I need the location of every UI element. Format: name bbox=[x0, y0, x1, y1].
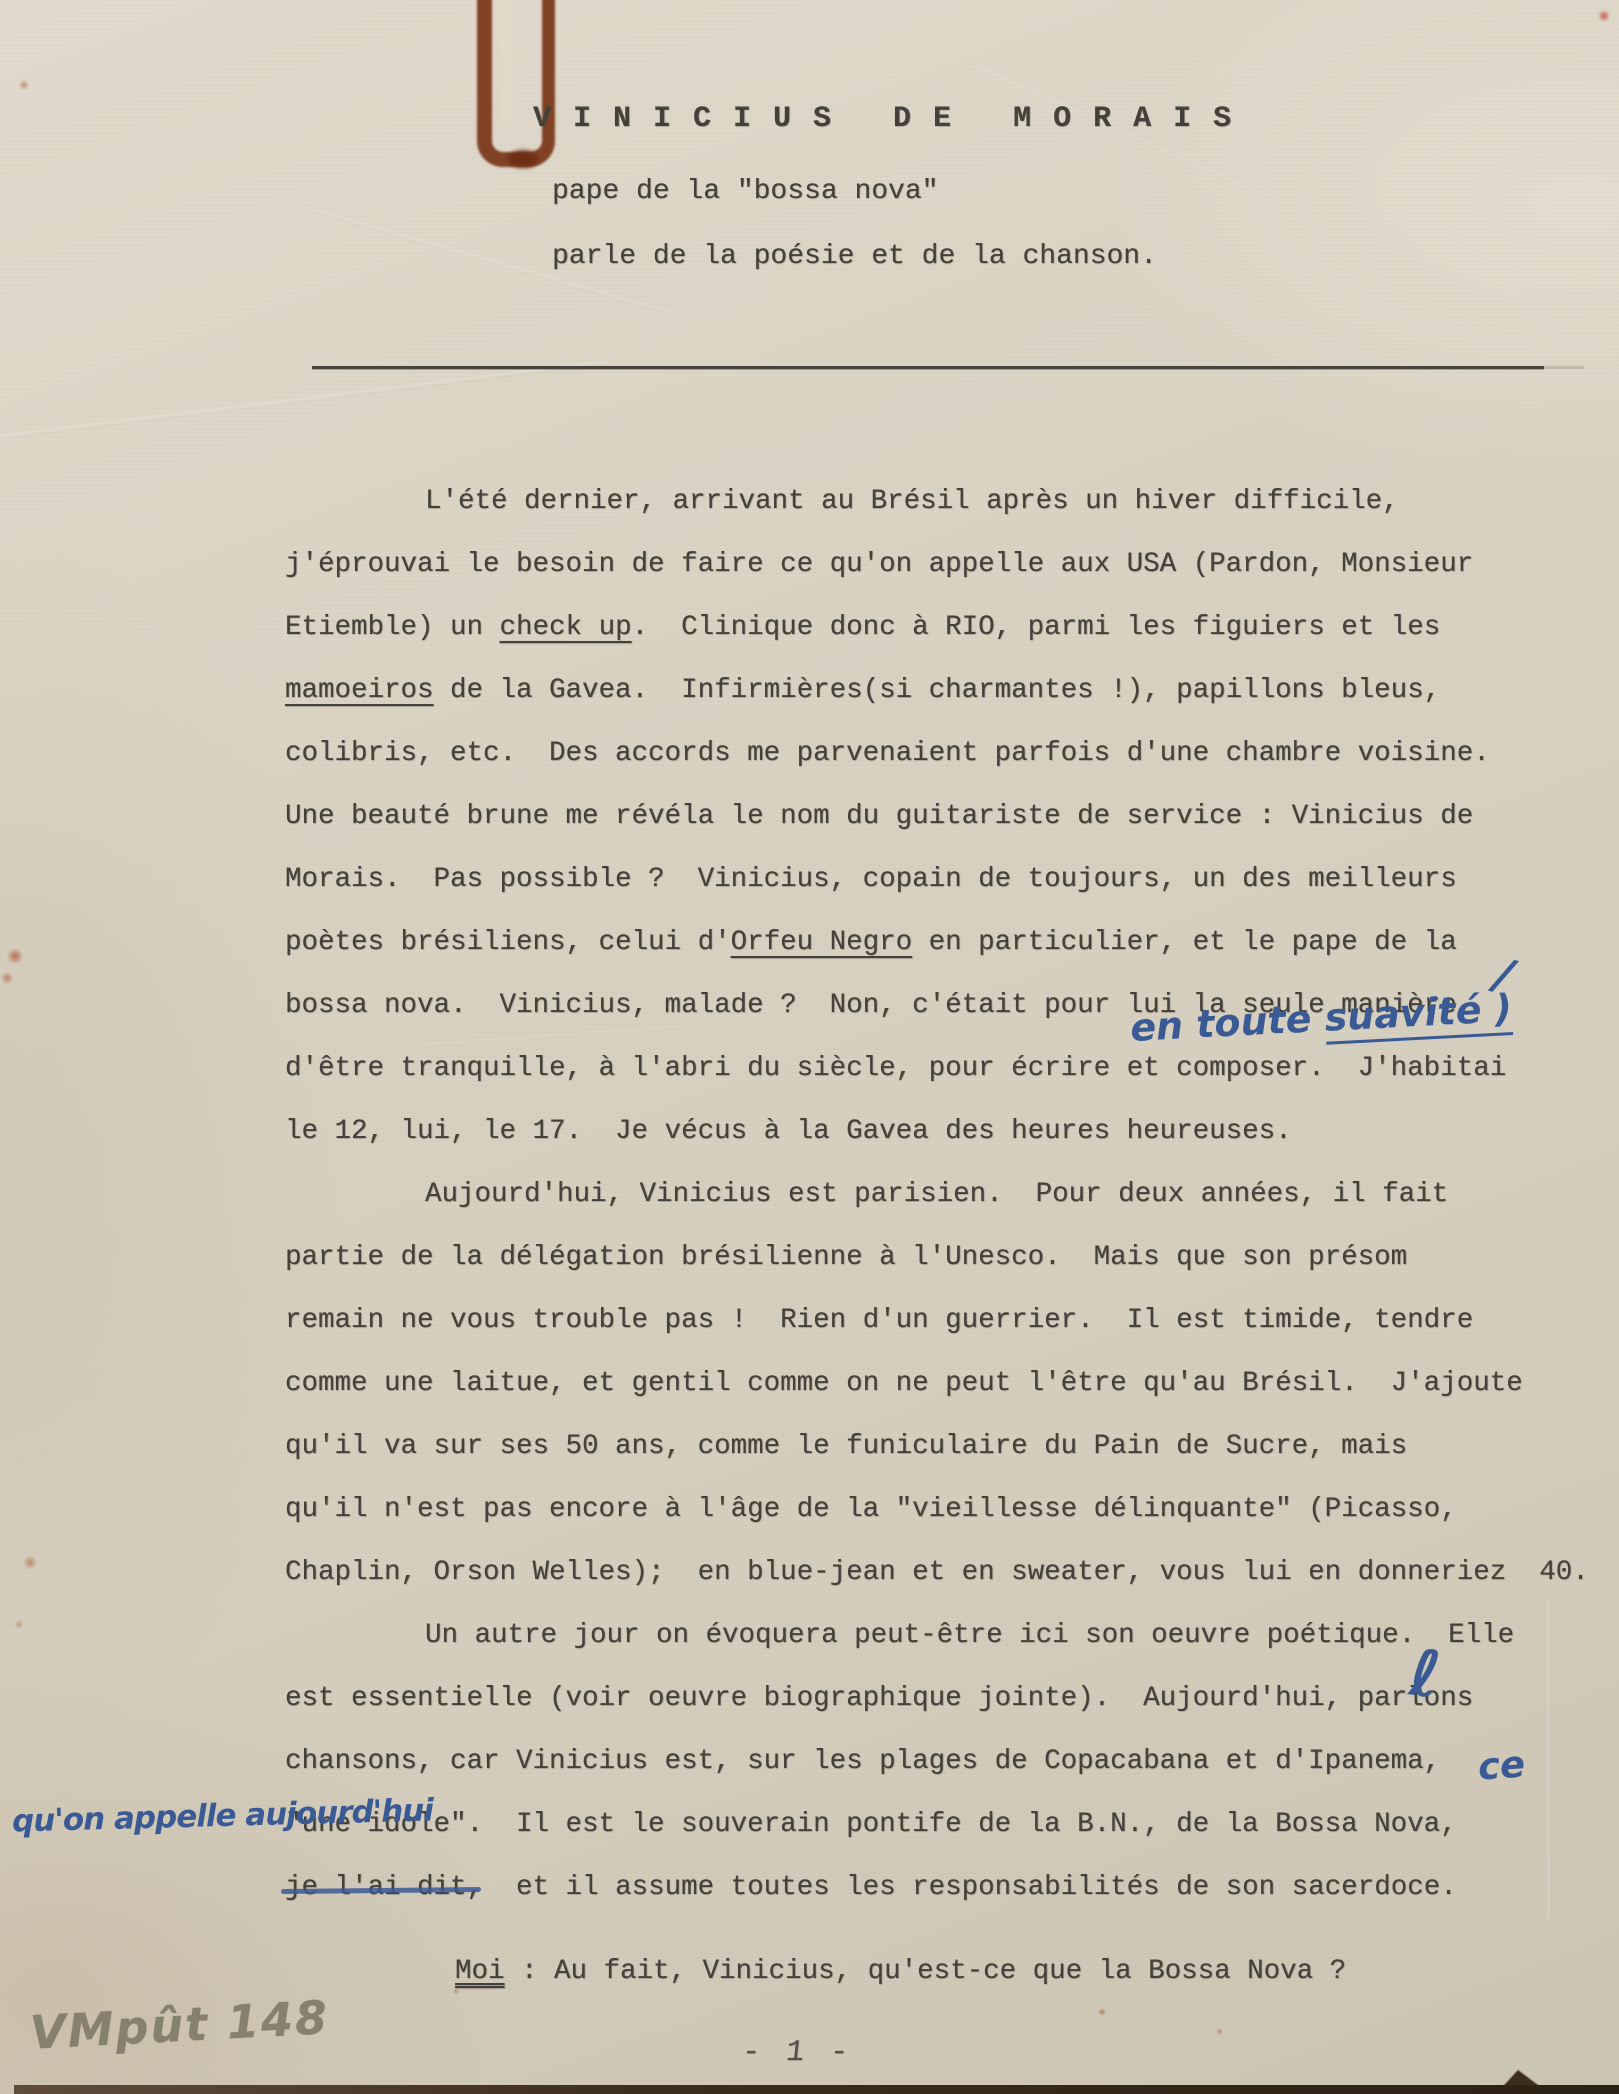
rust-paperclip-stain bbox=[477, 0, 555, 167]
typed-segment: . Clinique donc à RIO, parmi les figuier… bbox=[632, 612, 1441, 643]
typed-segment: Un autre jour on évoquera peut-être ici … bbox=[425, 1620, 1514, 1651]
typed-segment: Morais. Pas possible ? Vinicius, copain … bbox=[285, 864, 1457, 895]
document-title: V I N I C I U S D E M O R A I S bbox=[533, 102, 1233, 136]
typed-segment: remain ne vous trouble pas ! Rien d'un g… bbox=[285, 1305, 1473, 1336]
typed-segment: "une idole". Il est le souverain pontife… bbox=[285, 1809, 1457, 1840]
typed-segment: mamoeiros bbox=[285, 675, 434, 706]
typed-segment: est essentielle (voir oeuvre biographiqu… bbox=[285, 1683, 1473, 1714]
typed-line: d'être tranquille, à l'abri du siècle, p… bbox=[285, 1037, 1589, 1100]
paper-crease bbox=[0, 361, 608, 442]
rust-stain-drip bbox=[508, 150, 538, 168]
typed-segment: Aujourd'hui, Vinicius est parisien. Pour… bbox=[425, 1179, 1448, 1210]
foxing-spot bbox=[1098, 2008, 1106, 2016]
typed-segment: qu'il va sur ses 50 ans, comme le funicu… bbox=[285, 1431, 1407, 1462]
foxing-spot bbox=[1216, 2028, 1223, 2035]
typed-segment: L'été dernier, arrivant au Brésil après … bbox=[425, 486, 1399, 517]
typed-line: "une idole". Il est le souverain pontife… bbox=[285, 1793, 1589, 1856]
typed-line: qu'il va sur ses 50 ans, comme le funicu… bbox=[285, 1415, 1589, 1478]
typed-line: je l'ai dit, et il assume toutes les res… bbox=[285, 1856, 1589, 1919]
insertion-note-word: suavité ) bbox=[1323, 986, 1513, 1045]
typed-segment: le 12, lui, le 17. Je vécus à la Gavea d… bbox=[285, 1116, 1292, 1147]
typed-segment: d'être tranquille, à l'abri du siècle, p… bbox=[285, 1053, 1506, 1084]
foxing-spot bbox=[0, 972, 14, 984]
typed-segment: check up bbox=[500, 612, 632, 643]
typed-body: L'été dernier, arrivant au Brésil après … bbox=[285, 470, 1589, 2003]
typed-segment: Chaplin, Orson Welles); en blue-jean et … bbox=[285, 1557, 1589, 1588]
typed-segment: en particulier, et le pape de la bbox=[912, 927, 1457, 958]
foxing-spot bbox=[6, 948, 24, 964]
horizontal-rule bbox=[312, 366, 1544, 369]
typed-line: Aujourd'hui, Vinicius est parisien. Pour… bbox=[285, 1163, 1589, 1226]
typed-segment: et il assume toutes les responsabilités … bbox=[483, 1872, 1457, 1903]
typed-line: Moi : Au fait, Vinicius, qu'est-ce que l… bbox=[285, 1940, 1589, 2003]
typed-line: partie de la délégation brésilienne à l'… bbox=[285, 1226, 1589, 1289]
typed-line: L'été dernier, arrivant au Brésil après … bbox=[285, 470, 1589, 533]
foxing-spot bbox=[22, 1556, 38, 1569]
typed-line: le 12, lui, le 17. Je vécus à la Gavea d… bbox=[285, 1100, 1589, 1163]
typed-line: j'éprouvai le besoin de faire ce qu'on a… bbox=[285, 533, 1589, 596]
typed-line: Morais. Pas possible ? Vinicius, copain … bbox=[285, 848, 1589, 911]
typed-segment: je l'ai dit, bbox=[285, 1872, 483, 1903]
foxing-spot bbox=[18, 80, 30, 90]
document-subtitle-2: parle de la poésie et de la chanson. bbox=[552, 241, 1157, 272]
typed-line: Etiemble) un check up. Clinique donc à R… bbox=[285, 596, 1589, 659]
typed-segment: Moi bbox=[455, 1956, 505, 1987]
typed-line: Une beauté brune me révéla le nom du gui… bbox=[285, 785, 1589, 848]
rust-paperclip-stain-highlight bbox=[500, 0, 514, 124]
typed-line: qu'il n'est pas encore à l'âge de la "vi… bbox=[285, 1478, 1589, 1541]
typed-segment: chansons, car Vinicius est, sur les plag… bbox=[285, 1746, 1440, 1777]
scanned-document-page: V I N I C I U S D E M O R A I S pape de … bbox=[0, 0, 1619, 2094]
typed-segment: poètes brésiliens, celui d' bbox=[285, 927, 731, 958]
typed-segment: : Au fait, Vinicius, qu'est-ce que la Bo… bbox=[505, 1956, 1347, 1987]
typed-line: Chaplin, Orson Welles); en blue-jean et … bbox=[285, 1541, 1589, 1604]
typed-line: remain ne vous trouble pas ! Rien d'un g… bbox=[285, 1289, 1589, 1352]
typed-line: est essentielle (voir oeuvre biographiqu… bbox=[285, 1667, 1589, 1730]
foxing-spot bbox=[1597, 10, 1611, 22]
handwritten-ce-note: ce bbox=[1477, 1742, 1527, 1788]
typed-line: chansons, car Vinicius est, sur les plag… bbox=[285, 1730, 1589, 1793]
typed-segment: Etiemble) un bbox=[285, 612, 500, 643]
typed-segment: Une beauté brune me révéla le nom du gui… bbox=[285, 801, 1473, 832]
typed-line: comme une laitue, et gentil comme on ne … bbox=[285, 1352, 1589, 1415]
typed-line: mamoeiros de la Gavea. Infirmières(si ch… bbox=[285, 659, 1589, 722]
pencil-archive-note: VMpût 148 bbox=[29, 1990, 330, 2060]
typed-segment: colibris, etc. Des accords me parvenaien… bbox=[285, 738, 1490, 769]
typed-line: Un autre jour on évoquera peut-être ici … bbox=[285, 1604, 1589, 1667]
document-subtitle-1: pape de la "bossa nova" bbox=[552, 176, 938, 207]
typed-segment: j'éprouvai le besoin de faire ce qu'on a… bbox=[285, 549, 1473, 580]
typed-segment: Orfeu Negro bbox=[731, 927, 913, 958]
typed-segment: partie de la délégation brésilienne à l'… bbox=[285, 1242, 1407, 1273]
typed-segment: de la Gavea. Infirmières(si charmantes !… bbox=[434, 675, 1441, 706]
typed-line: poètes brésiliens, celui d'Orfeu Negro e… bbox=[285, 911, 1589, 974]
foxing-spot bbox=[14, 1620, 24, 1629]
typed-segment: qu'il n'est pas encore à l'âge de la "vi… bbox=[285, 1494, 1457, 1525]
typed-line: colibris, etc. Des accords me parvenaien… bbox=[285, 722, 1589, 785]
typed-segment: comme une laitue, et gentil comme on ne … bbox=[285, 1368, 1523, 1399]
page-number: - 1 - bbox=[740, 2036, 854, 2070]
scan-bottom-edge bbox=[14, 2085, 1619, 2094]
